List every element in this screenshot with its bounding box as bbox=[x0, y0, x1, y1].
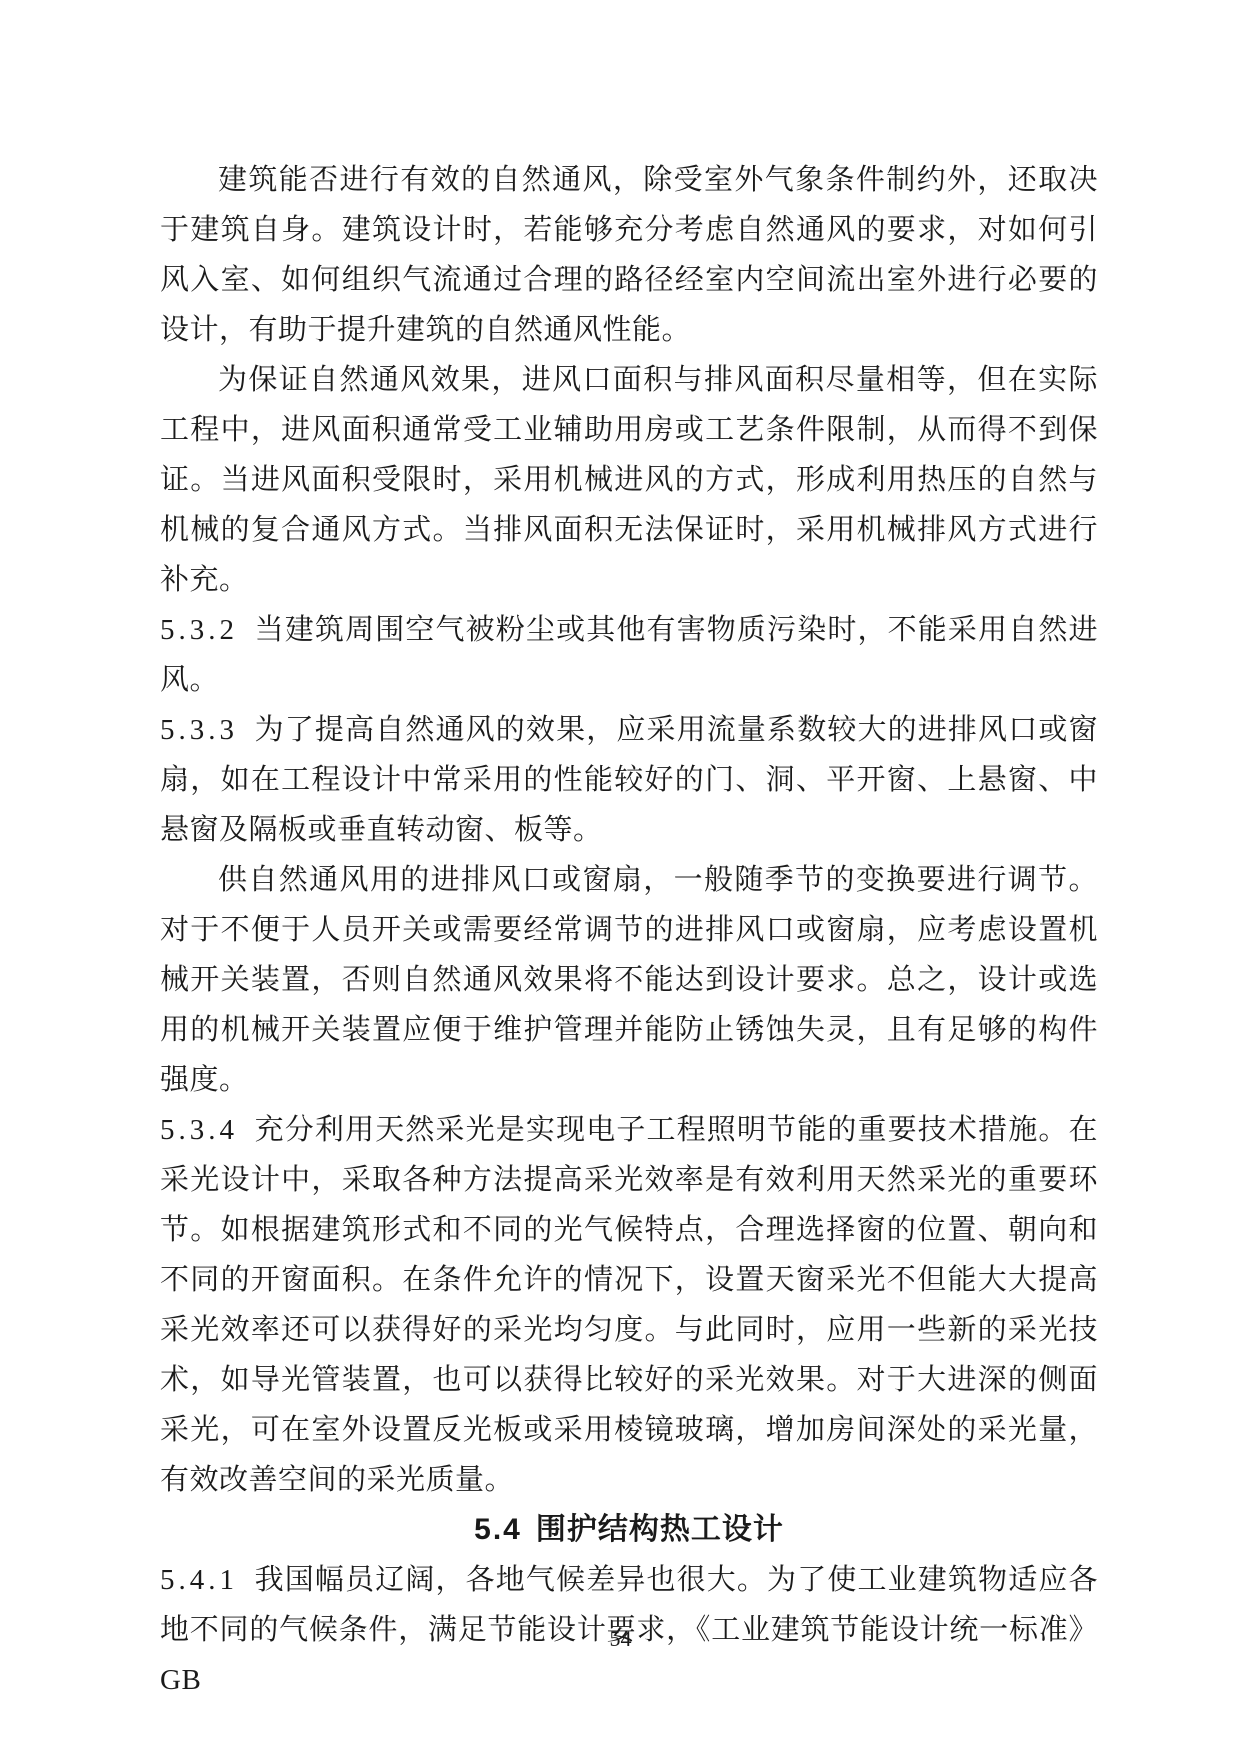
page-number: 54 bbox=[0, 1626, 1241, 1652]
clause-number: 5.3.3 bbox=[160, 714, 254, 746]
clause-number: 5.3.2 bbox=[160, 614, 254, 646]
clause-number: 5.3.4 bbox=[160, 1114, 254, 1146]
paragraph-seasonal-adjustment: 供自然通风用的进排风口或窗扇，一般随季节的变换要进行调节。对于不便于人员开关或需… bbox=[160, 855, 1098, 1105]
clause-text: 充分利用天然采光是实现电子工程照明节能的重要技术措施。在采光设计中，采取各种方法… bbox=[160, 1114, 1098, 1496]
clause-number: 5.4.1 bbox=[160, 1564, 254, 1596]
paragraph-inlet-outlet-area: 为保证自然通风效果，进风口面积与排风面积尽量相等，但在实际工程中，进风面积通常受… bbox=[160, 355, 1098, 605]
clause-5-3-3: 5.3.3为了提高自然通风的效果，应采用流量系数较大的进排风口或窗扇，如在工程设… bbox=[160, 705, 1098, 855]
clause-text: 当建筑周围空气被粉尘或其他有害物质污染时，不能采用自然进风。 bbox=[160, 614, 1098, 696]
section-heading-number: 5.4 bbox=[474, 1513, 536, 1546]
page-body: 建筑能否进行有效的自然通风，除受室外气象条件制约外，还取决于建筑自身。建筑设计时… bbox=[160, 155, 1098, 1705]
clause-5-3-2: 5.3.2当建筑周围空气被粉尘或其他有害物质污染时，不能采用自然进风。 bbox=[160, 605, 1098, 705]
document-page: 建筑能否进行有效的自然通风，除受室外气象条件制约外，还取决于建筑自身。建筑设计时… bbox=[0, 0, 1241, 1754]
paragraph-natural-ventilation-intro: 建筑能否进行有效的自然通风，除受室外气象条件制约外，还取决于建筑自身。建筑设计时… bbox=[160, 155, 1098, 355]
clause-5-3-4: 5.3.4充分利用天然采光是实现电子工程照明节能的重要技术措施。在采光设计中，采… bbox=[160, 1105, 1098, 1505]
section-heading-title: 围护结构热工设计 bbox=[536, 1513, 784, 1546]
clause-text: 为了提高自然通风的效果，应采用流量系数较大的进排风口或窗扇，如在工程设计中常采用… bbox=[160, 714, 1098, 846]
section-heading-5-4: 5.4围护结构热工设计 bbox=[160, 1505, 1098, 1555]
